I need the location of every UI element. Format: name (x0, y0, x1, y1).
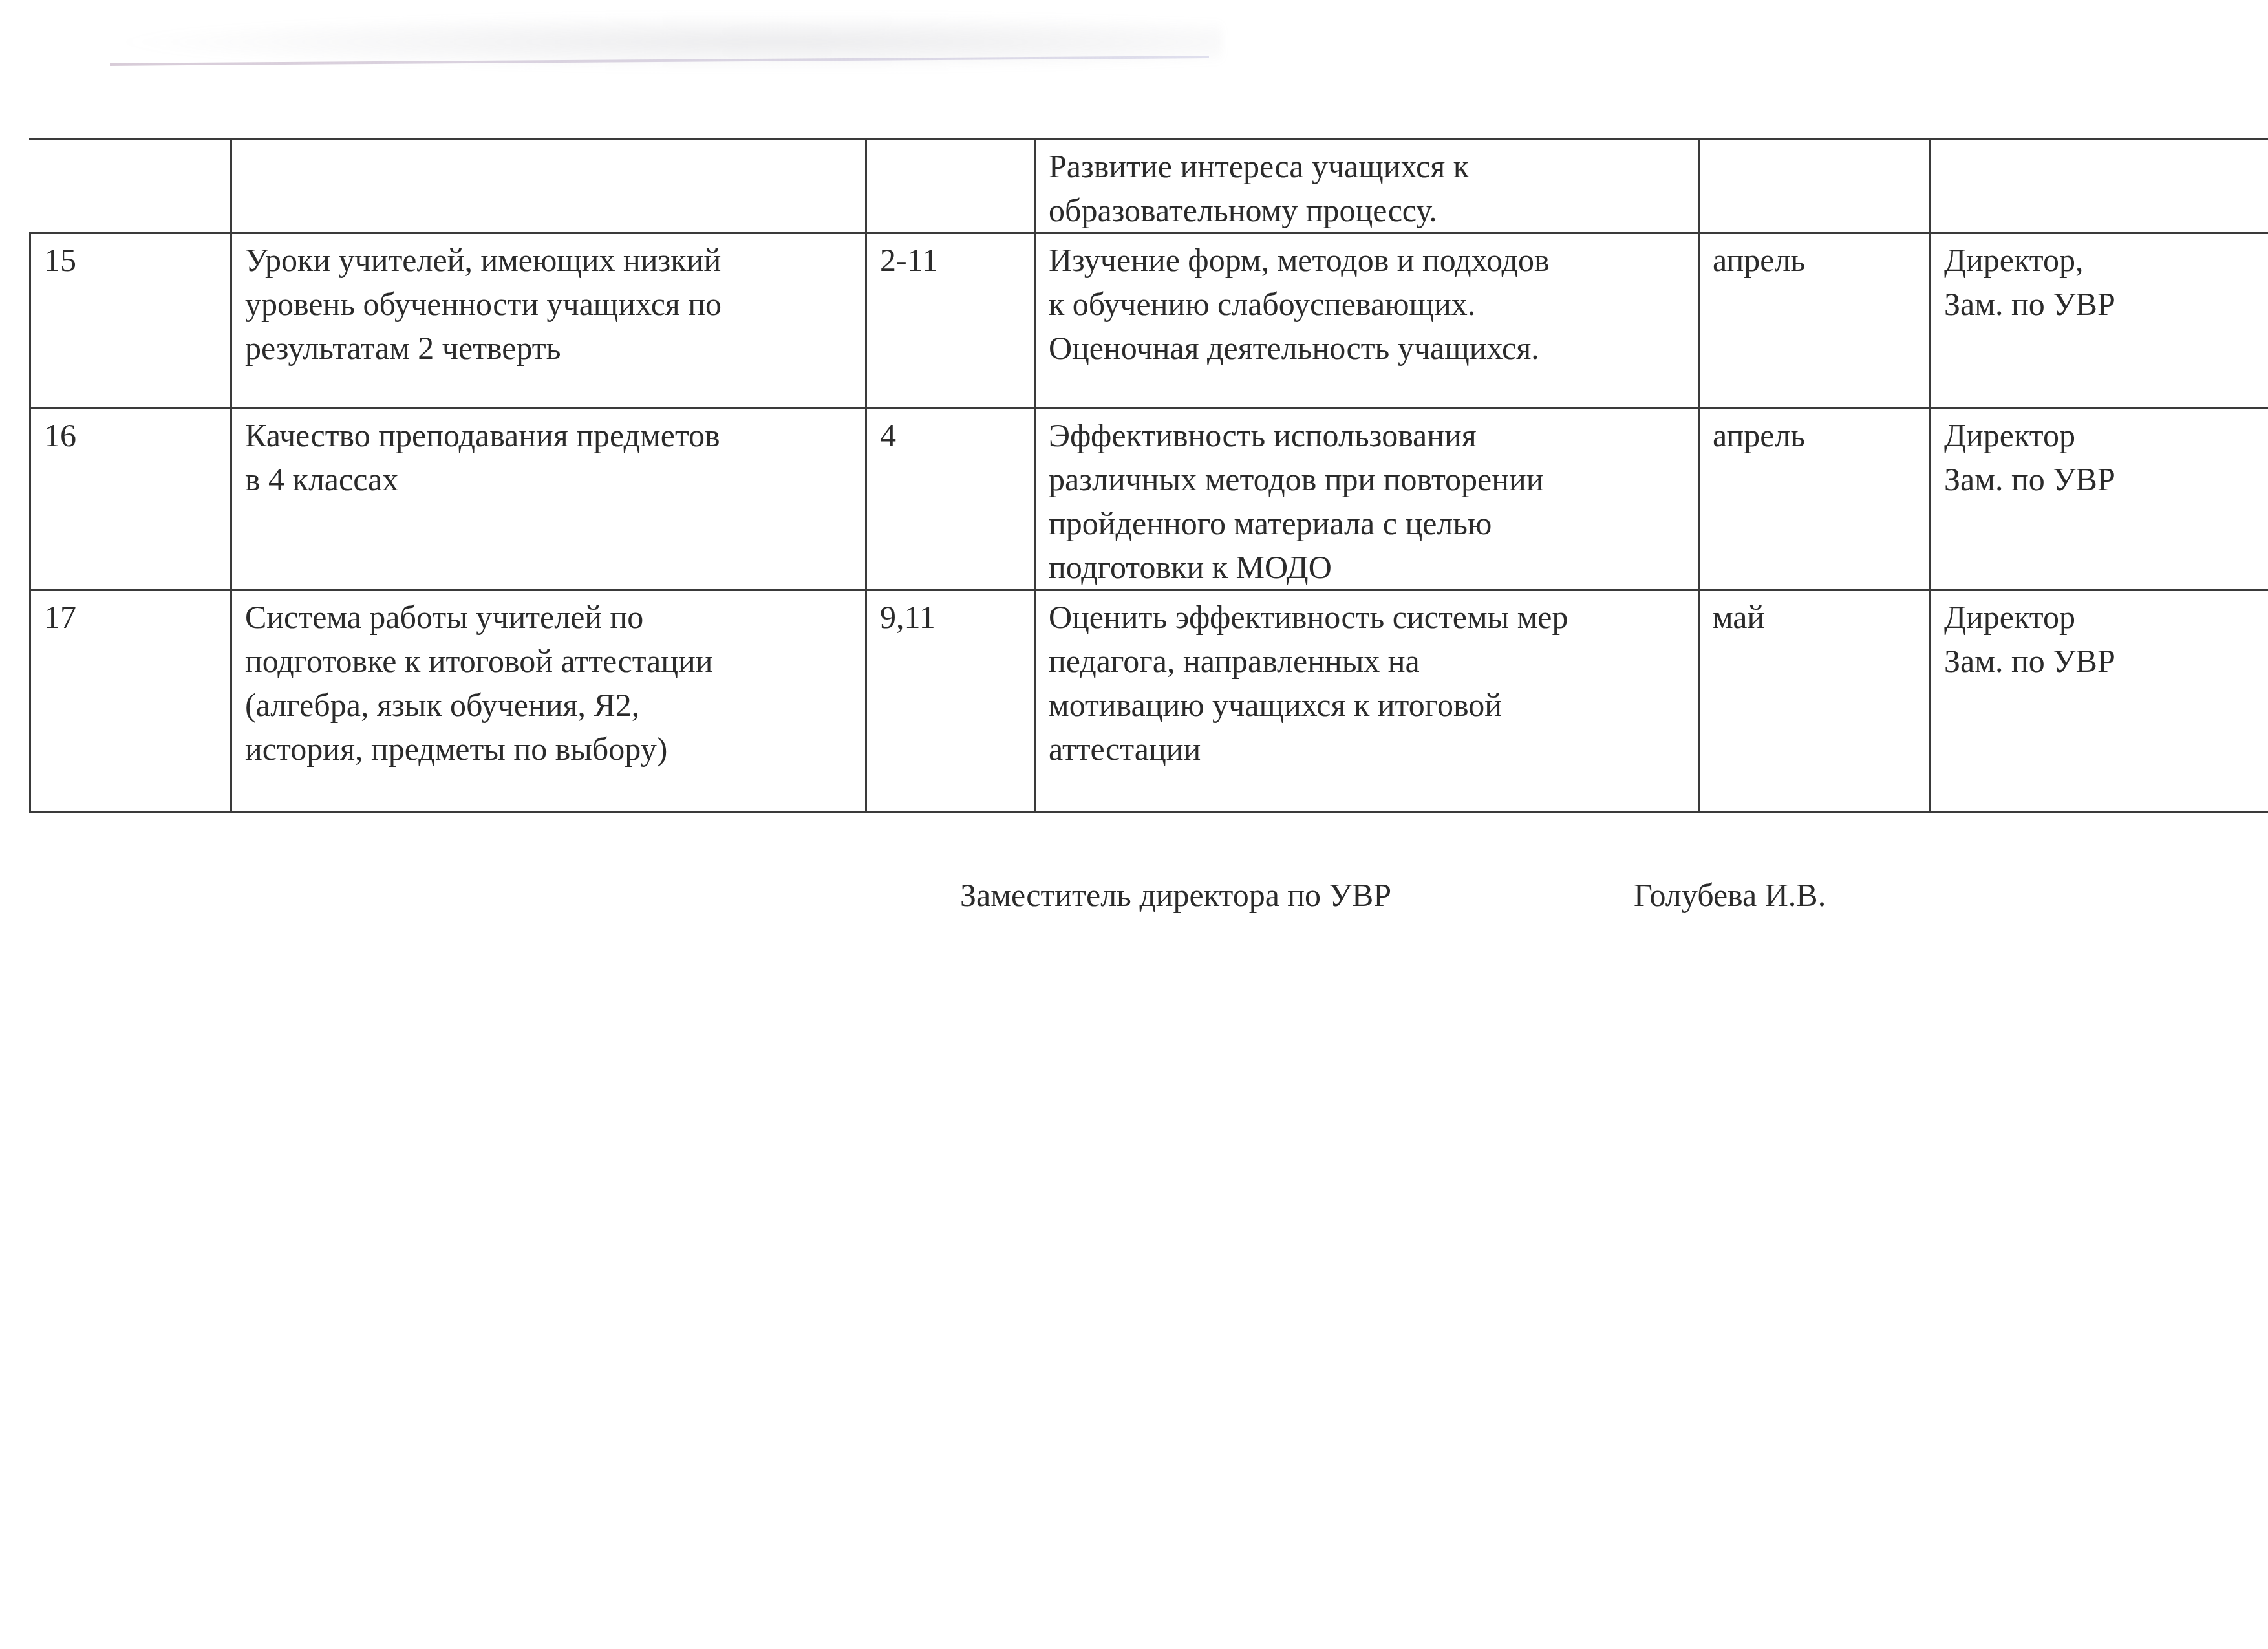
table-row: 15 Уроки учителей, имеющих низкий уровен… (30, 233, 2268, 409)
signature-position: Заместитель директора по УВР (960, 873, 1391, 917)
cell-goal-line: образовательному процессу. (1049, 188, 1686, 232)
cell-responsible: Директор, Зам. по УВР (1931, 233, 2268, 409)
cell-topic-line: подготовке к итоговой аттестации (245, 639, 853, 683)
cell-goal-line: педагога, направленных на (1049, 639, 1686, 683)
cell-goal: Оценить эффективность системы мер педаго… (1035, 590, 1699, 812)
cell-goal-line: Эффективность использования (1049, 413, 1686, 457)
signature-name: Голубева И.В. (1634, 873, 1826, 917)
cell-goal-line: Оценочная деятельность учащихся. (1049, 326, 1686, 370)
cell-grades: 2-11 (866, 233, 1035, 409)
cell-goal-line: Оценить эффективность системы мер (1049, 595, 1686, 639)
cell-goal-line: подготовки к МОДО (1049, 545, 1686, 589)
cell-goal-line: аттестации (1049, 727, 1686, 771)
cell-topic-line: Качество преподавания предметов (245, 413, 853, 457)
cell-goal-line: пройденного материала с целью (1049, 501, 1686, 545)
cell-responsible-line: Директор, (1944, 238, 2268, 282)
cell-topic: Качество преподавания предметов в 4 клас… (231, 409, 866, 590)
cell-responsible-line: Директор (1944, 413, 2268, 457)
cell-responsible-line: Зам. по УВР (1944, 282, 2268, 326)
cell-topic-line: история, предметы по выбору) (245, 727, 853, 771)
cell-grades: 4 (866, 409, 1035, 590)
cell-number: 15 (30, 233, 231, 409)
cell-goal-line: Развитие интереса учащихся к (1049, 144, 1686, 188)
cell-grades (866, 140, 1035, 233)
cell-goal-line: к обучению слабоуспевающих. (1049, 282, 1686, 326)
control-plan-table: Развитие интереса учащихся к образовател… (29, 138, 2268, 813)
cell-topic: Уроки учителей, имеющих низкий уровень о… (231, 233, 866, 409)
cell-goal-line: мотивацию учащихся к итоговой (1049, 683, 1686, 727)
cell-month: май (1699, 590, 1931, 812)
cell-topic-line: Уроки учителей, имеющих низкий (245, 238, 853, 282)
cell-topic-line: Система работы учителей по (245, 595, 853, 639)
cell-responsible-line: Директор (1944, 595, 2268, 639)
cell-month (1699, 140, 1931, 233)
cell-topic-line: в 4 классах (245, 457, 853, 501)
cell-responsible-line: Зам. по УВР (1944, 457, 2268, 501)
cell-number: 16 (30, 409, 231, 590)
cell-topic (231, 140, 866, 233)
cell-goal-line: различных методов при повторении (1049, 457, 1686, 501)
cell-month: апрель (1699, 409, 1931, 590)
cell-goal: Развитие интереса учащихся к образовател… (1035, 140, 1699, 233)
cell-goal: Изучение форм, методов и подходов к обуч… (1035, 233, 1699, 409)
cell-responsible: Директор Зам. по УВР (1931, 590, 2268, 812)
cell-goal-line: Изучение форм, методов и подходов (1049, 238, 1686, 282)
cell-number (30, 140, 231, 233)
cell-goal: Эффективность использования различных ме… (1035, 409, 1699, 590)
cell-topic-line: (алгебра, язык обучения, Я2, (245, 683, 853, 727)
cell-grades: 9,11 (866, 590, 1035, 812)
cell-responsible: Директор Зам. по УВР (1931, 409, 2268, 590)
cell-month: апрель (1699, 233, 1931, 409)
cell-responsible-line: Зам. по УВР (1944, 639, 2268, 683)
table-row: 16 Качество преподавания предметов в 4 к… (30, 409, 2268, 590)
cell-topic-line: результатам 2 четверть (245, 326, 853, 370)
table-row: Развитие интереса учащихся к образовател… (30, 140, 2268, 233)
cell-responsible (1931, 140, 2268, 233)
table-row: 17 Система работы учителей по подготовке… (30, 590, 2268, 812)
cell-topic: Система работы учителей по подготовке к … (231, 590, 866, 812)
cell-topic-line: уровень обученности учащихся по (245, 282, 853, 326)
cell-number: 17 (30, 590, 231, 812)
